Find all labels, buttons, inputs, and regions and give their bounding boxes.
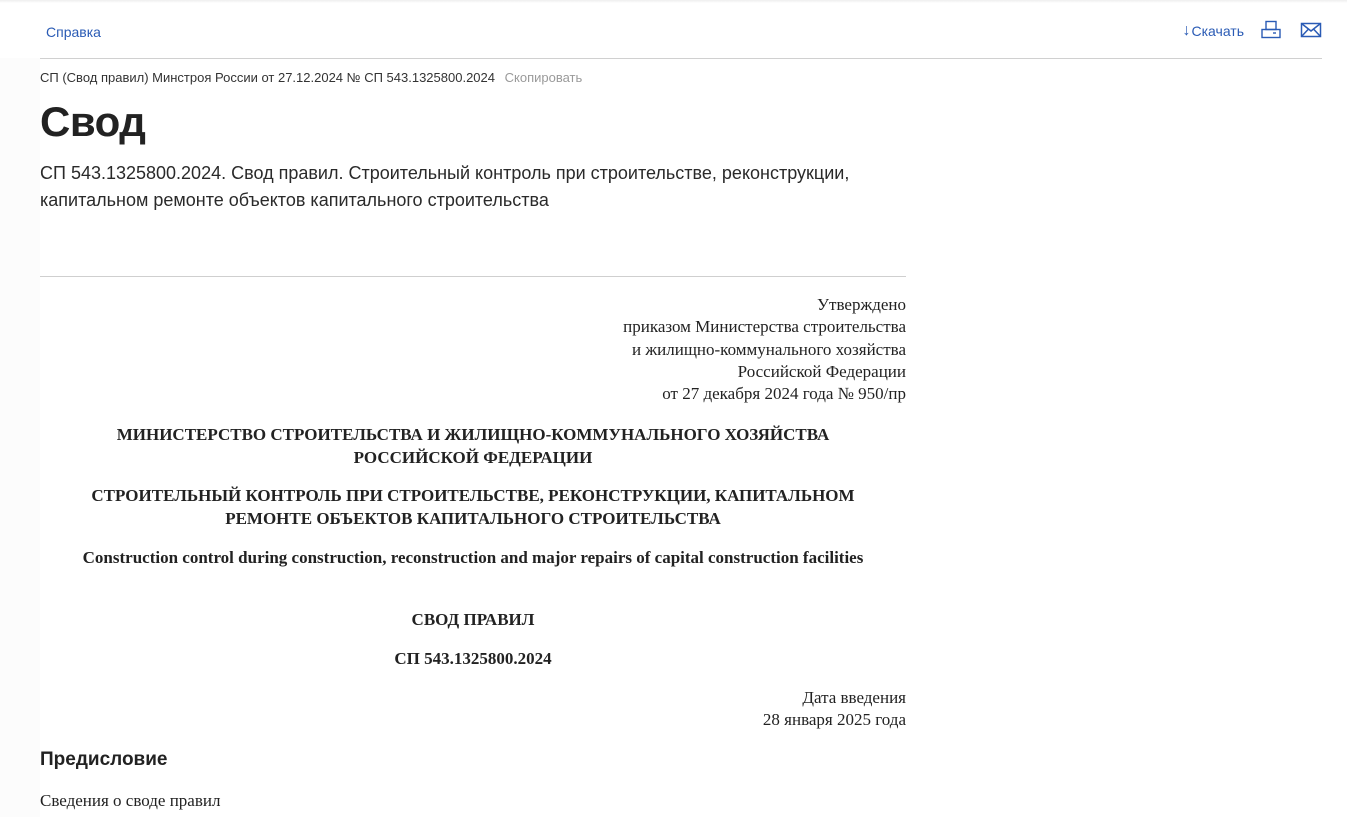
intro-date-label: Дата введения [40, 687, 906, 709]
approval-block: Утверждено приказом Министерства строите… [40, 294, 906, 405]
approval-line: от 27 декабря 2024 года № 950/пр [40, 383, 906, 405]
approval-line: Утверждено [40, 294, 906, 316]
printer-icon[interactable] [1260, 20, 1282, 40]
download-label: Скачать [1192, 23, 1245, 39]
approval-line: и жилищно-коммунального хозяйства [40, 339, 906, 361]
document-toolbar: Справка ↓ Скачать [40, 0, 1322, 59]
document-subtitle: СП 543.1325800.2024. Свод правил. Строит… [40, 160, 920, 214]
document-code: СП 543.1325800.2024 [40, 647, 906, 670]
intro-date-value: 28 января 2025 года [40, 709, 906, 731]
preface-heading: Предисловие [40, 749, 168, 771]
approval-line: Российской Федерации [40, 361, 906, 383]
page-title: Свод [40, 98, 145, 146]
document-kind: СВОД ПРАВИЛ [40, 608, 906, 631]
ministry-heading: МИНИСТЕРСТВО СТРОИТЕЛЬСТВА И ЖИЛИЩНО-КОМ… [40, 423, 906, 469]
title-ru: СТРОИТЕЛЬНЫЙ КОНТРОЛЬ ПРИ СТРОИТЕЛЬСТВЕ,… [40, 484, 906, 530]
approval-line: приказом Министерства строительства [40, 316, 906, 338]
document-citation: СП (Свод правил) Минстроя России от 27.1… [40, 70, 582, 85]
title-en: Construction control during construction… [40, 546, 906, 569]
copy-button[interactable]: Скопировать [505, 70, 583, 85]
toolbar-actions: ↓ Скачать [1183, 20, 1323, 40]
download-button[interactable]: ↓ Скачать [1183, 22, 1245, 40]
citation-text: СП (Свод правил) Минстроя России от 27.1… [40, 70, 495, 85]
left-gutter [0, 58, 40, 817]
help-link[interactable]: Справка [46, 24, 101, 40]
divider [40, 276, 906, 277]
section-title: Сведения о своде правил [40, 791, 220, 811]
arrow-down-icon: ↓ [1183, 22, 1191, 40]
envelope-icon[interactable] [1300, 20, 1322, 40]
intro-date-block: Дата введения 28 января 2025 года [40, 687, 906, 732]
